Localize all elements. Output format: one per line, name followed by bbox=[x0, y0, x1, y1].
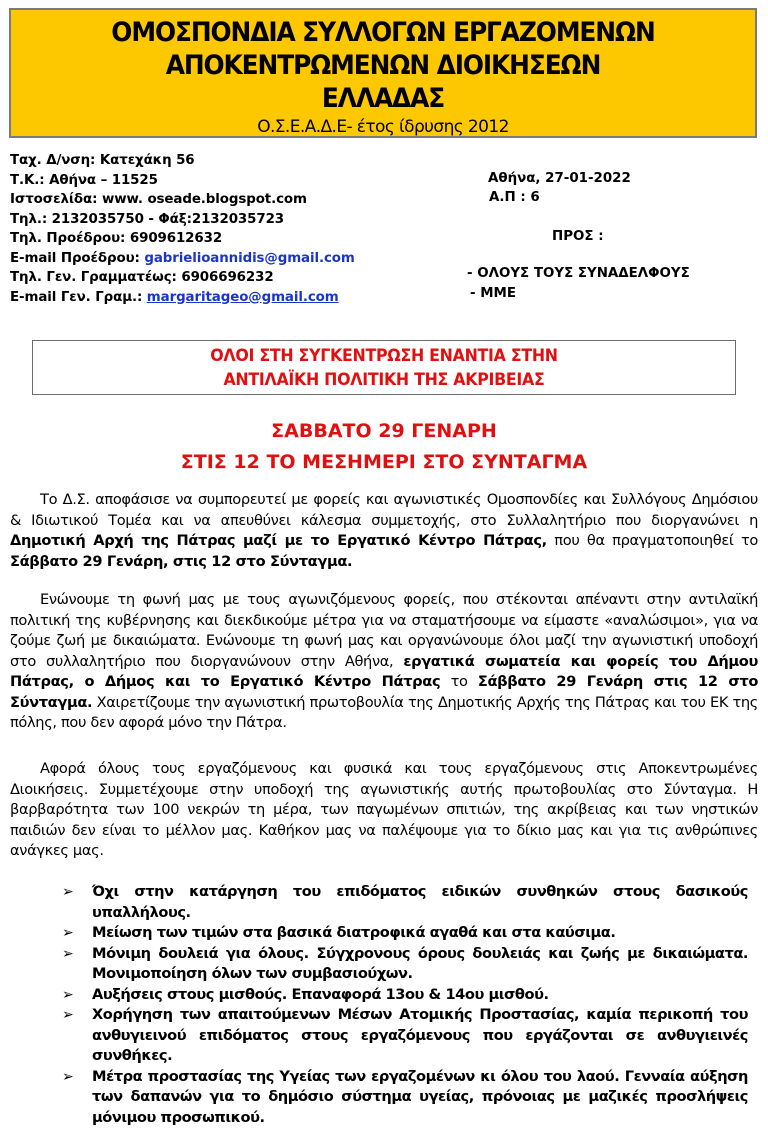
org-name-line-1: ΟΜΟΣΠΟΝΔΙΑ ΣΥΛΛΟΓΩΝ ΕΡΓΑΖΟΜΕΝΩΝ bbox=[41, 16, 725, 49]
headline-line-1: ΟΛΟΙ ΣΤΗ ΣΥΓΚΕΝΤΡΩΣΗ ΕΝΑΝΤΙΑ ΣΤΗΝ bbox=[58, 344, 711, 368]
paragraph-3: Αφορά όλους τους εργαζόμενους και φυσικά… bbox=[10, 759, 758, 862]
p1-bold-2: Σάββατο 29 Γενάρη, στις 12 στο Σύνταγμα. bbox=[10, 553, 352, 570]
headline-line-2: ΑΝΤΙΛΑΪΚΗ ΠΟΛΙΤΙΚΗ ΤΗΣ ΑΚΡΙΒΕΙΑΣ bbox=[58, 368, 711, 392]
contact-postal: Τ.Κ.: Αθήνα – 11525 bbox=[10, 171, 430, 191]
place-date: Αθήνα, 27-01-2022 bbox=[488, 171, 631, 186]
headline-box: ΟΛΟΙ ΣΤΗ ΣΥΓΚΕΝΤΡΩΣΗ ΕΝΑΝΤΙΑ ΣΤΗΝ ΑΝΤΙΛΑ… bbox=[32, 340, 736, 395]
contact-address: Ταχ. Δ/νση: Κατεχάκη 56 bbox=[10, 151, 430, 171]
letterhead-banner: ΟΜΟΣΠΟΝΔΙΑ ΣΥΛΛΟΓΩΝ ΕΡΓΑΖΟΜΕΝΩΝ ΑΠΟΚΕΝΤΡ… bbox=[9, 8, 757, 138]
secretary-email-label: E-mail Γεν. Γραμ.: bbox=[10, 290, 147, 305]
org-name-line-2: ΑΠΟΚΕΝΤΡΩΜΕΝΩΝ ΔΙΟΙΚΗΣΕΩΝ bbox=[41, 49, 725, 82]
p1-bold-1: Δημοτική Αρχή της Πάτρας μαζί με το Εργα… bbox=[10, 532, 547, 549]
secretary-email-link[interactable]: margaritageo@gmail.com bbox=[147, 290, 339, 305]
event-time-place: ΣΤΙΣ 12 ΤΟ ΜΕΣΗΜΕΡΙ ΣΤΟ ΣΥΝΤΑΓΜΑ bbox=[0, 451, 768, 473]
demand-item: ➢Αυξήσεις στους μισθούς. Επαναφορά 13ου … bbox=[62, 985, 748, 1006]
president-email-link[interactable]: gabrielioannidis@gmail.com bbox=[144, 251, 354, 266]
contact-website: Ιστοσελίδα: www. oseade.blogspot.com bbox=[10, 190, 430, 210]
recipient-media: - ΜΜΕ bbox=[470, 286, 516, 301]
p1-text-1: Το Δ.Σ. αποφάσισε να συμπορευτεί με φορε… bbox=[10, 491, 758, 529]
arrow-bullet-icon: ➢ bbox=[62, 923, 73, 944]
president-email-label: E-mail Προέδρου: bbox=[10, 251, 144, 266]
protocol-number: Α.Π : 6 bbox=[489, 190, 540, 205]
org-name-line-3: ΕΛΛΑΔΑΣ bbox=[41, 82, 725, 115]
contact-phone-fax: Τηλ.: 2132035750 - Φάξ:2132035723 bbox=[10, 210, 430, 230]
arrow-bullet-icon: ➢ bbox=[62, 1005, 73, 1026]
arrow-bullet-icon: ➢ bbox=[62, 1067, 73, 1088]
p2-text-3: Χαιρετίζουμε την αγωνιστική πρωτοβουλία … bbox=[10, 694, 758, 732]
org-subtitle: Ο.Σ.Ε.Α.Δ.Ε- έτος ίδρυσης 2012 bbox=[11, 116, 755, 138]
arrow-bullet-icon: ➢ bbox=[62, 985, 73, 1006]
p2-text-2: το bbox=[440, 673, 478, 690]
event-date: ΣΑΒΒΑΤΟ 29 ΓΕΝΑΡΗ bbox=[0, 420, 768, 442]
p1-text-2: που θα πραγματοποιηθεί το bbox=[547, 532, 758, 549]
contact-president-email-row: E-mail Προέδρου: gabrielioannidis@gmail.… bbox=[10, 249, 430, 269]
demand-item: ➢Μείωση των τιμών στα βασικά διατροφικά … bbox=[62, 923, 748, 944]
contact-secretary-email-row: E-mail Γεν. Γραμ.: margaritageo@gmail.co… bbox=[10, 288, 430, 308]
demand-item: ➢Μόνιμη δουλειά για όλους. Σύγχρονους όρ… bbox=[62, 944, 748, 985]
demand-item: ➢Μέτρα προστασίας της Υγείας των εργαζομ… bbox=[62, 1067, 748, 1129]
contact-secretary-phone: Τηλ. Γεν. Γραμματέως: 6906696232 bbox=[10, 268, 430, 288]
paragraph-2: Ενώνουμε τη φωνή μας με τους αγωνιζόμενο… bbox=[10, 590, 758, 734]
to-label: ΠΡΟΣ : bbox=[552, 229, 604, 244]
demand-item: ➢Όχι στην κατάργηση του επιδόματος ειδικ… bbox=[62, 882, 748, 923]
paragraph-1: Το Δ.Σ. αποφάσισε να συμπορευτεί με φορε… bbox=[10, 490, 758, 572]
arrow-bullet-icon: ➢ bbox=[62, 944, 73, 965]
contact-block: Ταχ. Δ/νση: Κατεχάκη 56 Τ.Κ.: Αθήνα – 11… bbox=[10, 151, 430, 307]
demand-item: ➢Χορήγηση των απαιτούμενων Μέσων Ατομική… bbox=[62, 1005, 748, 1067]
recipient-colleagues: - ΟΛΟΥΣ ΤΟΥΣ ΣΥΝΑΔΕΛΦΟΥΣ bbox=[467, 266, 690, 281]
demands-list: ➢Όχι στην κατάργηση του επιδόματος ειδικ… bbox=[62, 882, 748, 1128]
contact-president-phone: Τηλ. Προέδρου: 6909612632 bbox=[10, 229, 430, 249]
arrow-bullet-icon: ➢ bbox=[62, 882, 73, 903]
